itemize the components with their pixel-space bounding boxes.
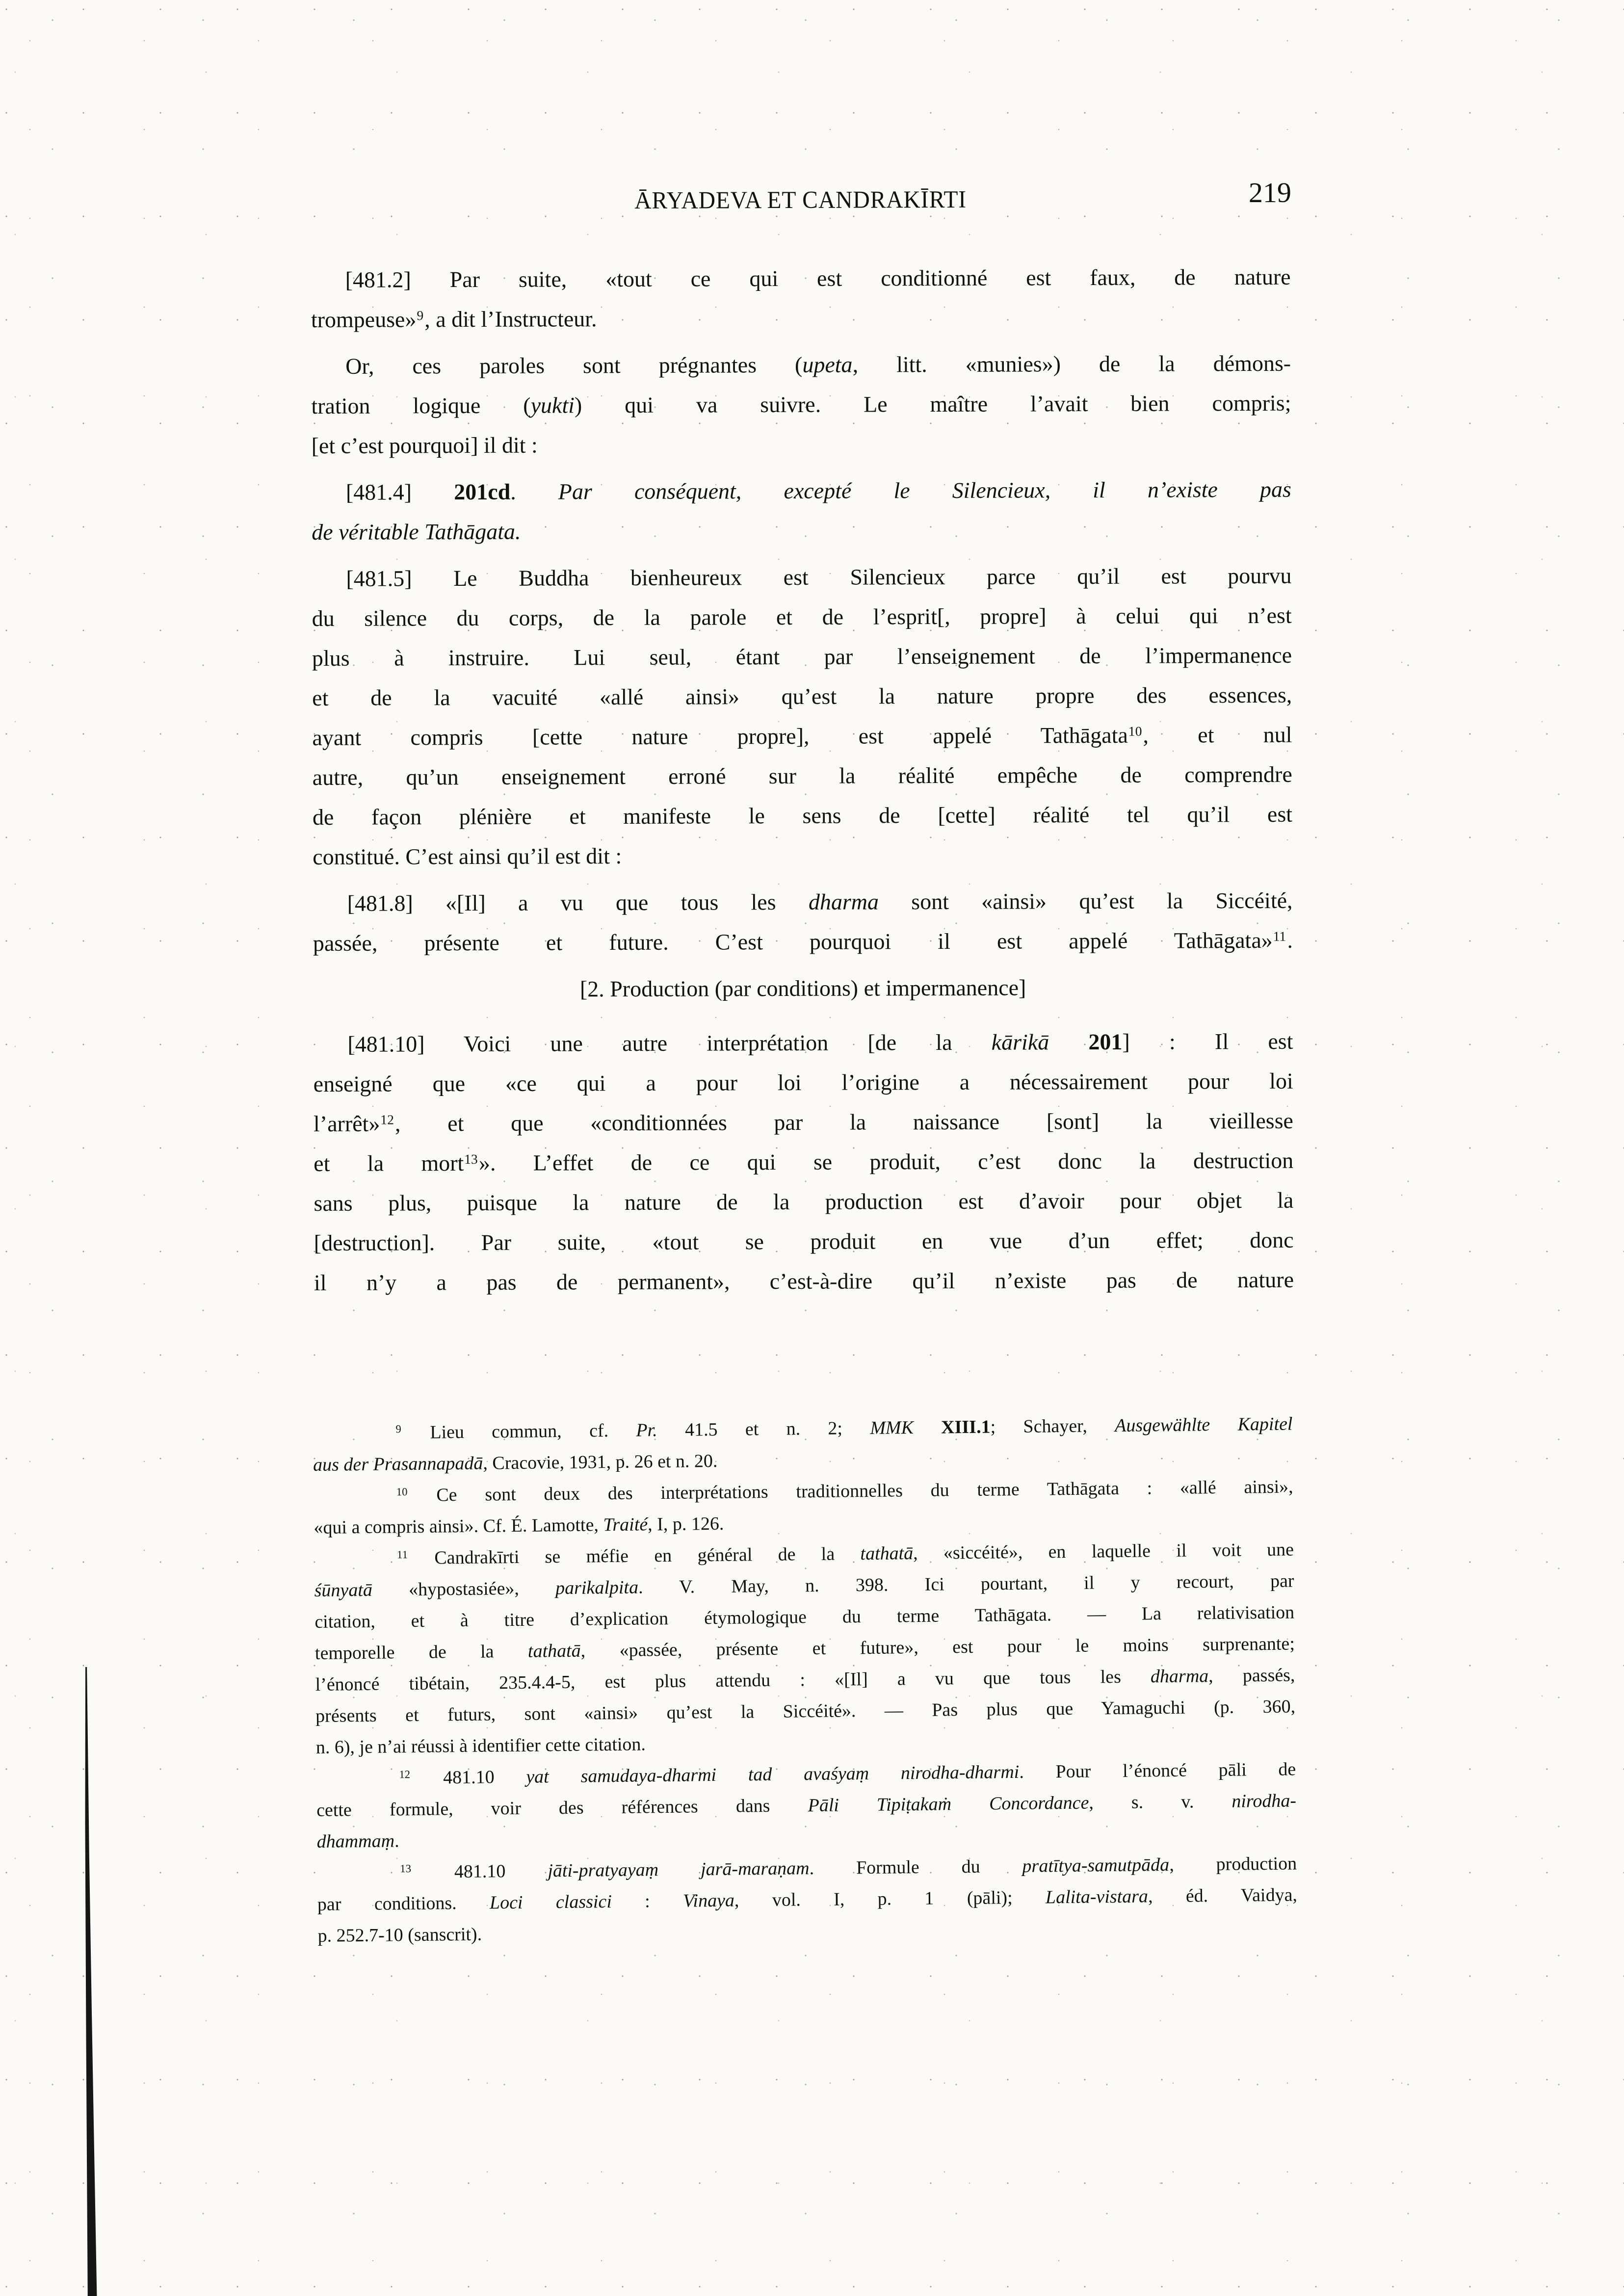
footnotes: 9 Lieu commun, cf. Pr. 41.5 et n. 2; MMK… bbox=[313, 1408, 1298, 1951]
text-run: «qui a compris ainsi». Cf. É. Lamotte, bbox=[314, 1514, 603, 1538]
text-run: yat samudaya-dharmi tad avaśyaṃ nirodha-… bbox=[526, 1762, 1019, 1787]
text-run: sont «ainsi» qu’est la Siccéité, bbox=[879, 888, 1293, 914]
text-run: «hypostasiée», bbox=[372, 1578, 556, 1600]
text-run: [2. Production (par conditions) et imper… bbox=[580, 975, 1026, 1001]
text-run: , I, p. 126. bbox=[648, 1513, 724, 1535]
text-run: nirodha- bbox=[1231, 1790, 1296, 1811]
text-run: , a dit l’Instructeur. bbox=[424, 306, 597, 332]
paragraph-481-5: [481.5] Le Buddha bienheureux est Silenc… bbox=[312, 556, 1292, 877]
text-run: cette formule, voir des références dans bbox=[316, 1795, 808, 1821]
text-line: [destruction]. Par suite, «tout se produ… bbox=[314, 1220, 1294, 1263]
text-run: dharma bbox=[809, 889, 879, 914]
text-run: , s. v. bbox=[1089, 1791, 1231, 1813]
text-run: enseigné que «ce qui a pour loi l’origin… bbox=[314, 1069, 1293, 1096]
text-run: [481.4] bbox=[346, 479, 454, 505]
text-run: pratītya-samutpāda bbox=[1022, 1854, 1169, 1877]
text-run: temporelle de la bbox=[315, 1641, 528, 1664]
text-run: Traité bbox=[603, 1514, 648, 1535]
text-line: et de la vacuité «allé ainsi» qu’est la … bbox=[312, 675, 1292, 718]
footnote-ref: 9 bbox=[354, 1429, 402, 1430]
text-run: 201 bbox=[1088, 1029, 1122, 1054]
text-line: sans plus, puisque la nature de la produ… bbox=[314, 1180, 1293, 1223]
text-line: il n’y a pas de permanent», c’est-à-dire… bbox=[314, 1260, 1294, 1303]
text-run: Loci classici bbox=[490, 1891, 612, 1913]
paragraph-481-4: [481.4] 201cd. Par conséquent, excepté l… bbox=[312, 470, 1291, 552]
text-run: . bbox=[510, 479, 558, 504]
text-run: l’énoncé tibétain, 235.4.4-5, est plus a… bbox=[315, 1666, 1151, 1695]
text-run: ». L’effet de ce qui se produit, c’est d… bbox=[479, 1148, 1294, 1175]
paragraph-481-8: [481.8] «[Il] a vu que tous les dharma s… bbox=[313, 881, 1292, 963]
text-run: , passés, bbox=[1208, 1665, 1295, 1686]
text-run: , vol. I, p. 1 (pāli); bbox=[734, 1887, 1046, 1910]
text-run: autre, qu’un enseignement erroné sur la … bbox=[313, 762, 1292, 790]
footnote-9: 9 Lieu commun, cf. Pr. 41.5 et n. 2; MMK… bbox=[313, 1408, 1293, 1481]
footnote-ref: 10 bbox=[355, 1492, 409, 1492]
page-header: ĀRYADEVA ET CANDRAKĪRTI 219 bbox=[311, 184, 1290, 222]
footnote-ref: 12 bbox=[357, 1774, 411, 1775]
text-line: [481.10] Voici une autre interprétation … bbox=[313, 1021, 1293, 1064]
footnote-13: 13 481.10 jāti-pratyayaṃ jarā-maraṇam. F… bbox=[317, 1848, 1298, 1952]
text-run: trompeuse» bbox=[311, 307, 417, 332]
text-run: 481.10 bbox=[412, 1860, 548, 1882]
text-run: , «passée, présente et future», est pour… bbox=[580, 1633, 1295, 1661]
text-run: XIII.1 bbox=[941, 1417, 991, 1438]
paragraph-481-2: [481.2] Par suite, «tout ce qui est cond… bbox=[311, 257, 1290, 339]
text-run: et de la vacuité «allé ainsi» qu’est la … bbox=[312, 682, 1292, 710]
text-run: Ce sont deux des interprétations traditi… bbox=[408, 1476, 1293, 1506]
text-run: sans plus, puisque la nature de la produ… bbox=[314, 1188, 1293, 1216]
text-line: Or, ces paroles sont prégnantes (upeta, … bbox=[311, 343, 1291, 386]
text-line: [2. Production (par conditions) et imper… bbox=[313, 967, 1293, 1010]
body-text: [481.2] Par suite, «tout ce qui est cond… bbox=[311, 257, 1294, 1303]
text-run: par conditions. bbox=[317, 1893, 490, 1915]
text-run: ; Schayer, bbox=[990, 1415, 1115, 1437]
text-line: [481.5] Le Buddha bienheureux est Silenc… bbox=[312, 556, 1291, 599]
paragraph-or-ces-paroles: Or, ces paroles sont prégnantes (upeta, … bbox=[311, 343, 1291, 466]
text-run: p. 252.7-10 (sanscrit). bbox=[317, 1924, 482, 1946]
text-line: l’arrêt»12, et que «conditionnées par la… bbox=[314, 1101, 1293, 1144]
text-run: [481.5] Le Buddha bienheureux est Silenc… bbox=[346, 563, 1291, 591]
footnote-11: 11 Candrakīrti se méfie en général de la… bbox=[314, 1534, 1296, 1763]
text-run: . Pour l’énoncé pāli de bbox=[1019, 1759, 1296, 1782]
text-run: tration logique ( bbox=[311, 393, 530, 418]
text-run bbox=[1049, 1029, 1088, 1054]
text-run: yukti bbox=[531, 392, 575, 417]
text-line: enseigné que «ce qui a pour loi l’origin… bbox=[314, 1061, 1293, 1104]
footnote-ref: 13 bbox=[358, 1869, 412, 1869]
text-line: [481.8] «[Il] a vu que tous les dharma s… bbox=[313, 881, 1292, 923]
text-run: Par conséquent, excepté le Silencieux, i… bbox=[558, 477, 1291, 504]
page-number: 219 bbox=[1249, 179, 1291, 207]
text-run: ) qui va suivre. Le maître l’avait bien … bbox=[575, 391, 1291, 418]
text-run: 201cd bbox=[454, 479, 510, 504]
text-line: ayant compris [cette nature propre], est… bbox=[312, 715, 1292, 757]
text-run: dharma bbox=[1151, 1666, 1209, 1687]
text-run: aus der Prasannapadā bbox=[313, 1453, 483, 1475]
text-run: . Formule du bbox=[809, 1856, 1022, 1879]
text-run: plus à instruire. Lui seul, étant par l’… bbox=[312, 643, 1292, 671]
text-run: de façon plénière et manifeste le sens d… bbox=[313, 802, 1292, 830]
text-run: MMK bbox=[870, 1417, 914, 1438]
text-run: [destruction]. Par suite, «tout se produ… bbox=[314, 1227, 1294, 1255]
footnote-ref: 11 bbox=[355, 1555, 409, 1555]
text-run: constitué. C’est ainsi qu’il est dit : bbox=[313, 843, 622, 869]
text-run: , éd. Vaidya, bbox=[1148, 1884, 1297, 1906]
text-line: constitué. C’est ainsi qu’il est dit : bbox=[313, 834, 1292, 877]
text-run: tathatā bbox=[528, 1641, 581, 1662]
footnote-10: 10 Ce sont deux des interprétations trad… bbox=[314, 1471, 1294, 1543]
text-line: passée, présente et future. C’est pourqu… bbox=[313, 920, 1293, 963]
text-run: n. 6), je n’ai réussi à identifier cette… bbox=[316, 1734, 646, 1758]
text-run: de véritable Tathāgata. bbox=[312, 519, 521, 545]
text-line: de véritable Tathāgata. bbox=[312, 509, 1291, 552]
text-run: citation, et à titre d’explication étymo… bbox=[314, 1602, 1294, 1632]
text-run: ayant compris [cette nature propre], est… bbox=[312, 723, 1127, 750]
text-line: [et c’est pourquoi] il dit : bbox=[312, 423, 1291, 466]
text-run: . bbox=[394, 1830, 399, 1851]
text-line: du silence du corps, de la parole et de … bbox=[312, 596, 1292, 638]
text-run: Lieu commun, cf. bbox=[402, 1420, 636, 1443]
text-run: Pr. bbox=[636, 1420, 657, 1440]
scan-artifact-line bbox=[79, 1667, 104, 2296]
text-run: , production bbox=[1169, 1853, 1297, 1875]
text-run: [481.10] Voici une autre interprétation … bbox=[347, 1030, 991, 1057]
text-run: , «siccéité», en laquelle il voit une bbox=[913, 1539, 1294, 1564]
text-run: , et nul bbox=[1143, 722, 1292, 748]
text-run: . bbox=[1287, 928, 1293, 953]
text-run: , litt. «munies») de la démons- bbox=[852, 351, 1291, 377]
text-run: . V. May, n. 398. Ici pourtant, il y rec… bbox=[638, 1570, 1294, 1597]
text-run: 481.10 bbox=[411, 1767, 526, 1788]
text-run: jāti-pratyayaṃ jarā-maraṇam bbox=[548, 1858, 810, 1881]
text-run: parikalpita bbox=[555, 1577, 638, 1599]
text-run: Lalita-vistara bbox=[1046, 1886, 1148, 1907]
text-run: du silence du corps, de la parole et de … bbox=[312, 603, 1292, 631]
text-run: passée, présente et future. C’est pourqu… bbox=[313, 928, 1273, 956]
text-run: kārikā bbox=[992, 1029, 1049, 1054]
text-line: [481.2] Par suite, «tout ce qui est cond… bbox=[311, 257, 1290, 300]
text-run: [et c’est pourquoi] il dit : bbox=[312, 433, 538, 458]
text-run: il n’y a pas de permanent», c’est-à-dire… bbox=[314, 1267, 1294, 1295]
text-run: 41.5 et n. 2; bbox=[657, 1418, 870, 1440]
text-run: , et que «conditionnées par la naissance… bbox=[395, 1108, 1293, 1136]
text-run: [481.8] «[Il] a vu que tous les bbox=[347, 889, 809, 916]
text-line: autre, qu’un enseignement erroné sur la … bbox=[313, 755, 1292, 797]
footnote-12: 12 481.10 yat samudaya-dharmi tad avaśya… bbox=[316, 1753, 1297, 1857]
text-run: ] : Il est bbox=[1122, 1029, 1293, 1054]
text-line: [481.4] 201cd. Par conséquent, excepté l… bbox=[312, 470, 1291, 512]
scanned-book-page: ĀRYADEVA ET CANDRAKĪRTI 219 [481.2] Par … bbox=[0, 0, 1624, 2296]
text-run: présents et futurs, sont «ainsi» qu’est … bbox=[315, 1696, 1295, 1726]
text-run: : bbox=[612, 1891, 683, 1912]
section-heading-2-production: [2. Production (par conditions) et imper… bbox=[313, 967, 1293, 1010]
text-run bbox=[914, 1417, 942, 1438]
text-run: dhammaṃ bbox=[317, 1830, 395, 1852]
paragraph-481-10: [481.10] Voici une autre interprétation … bbox=[313, 1021, 1294, 1303]
running-title: ĀRYADEVA ET CANDRAKĪRTI bbox=[335, 184, 1266, 215]
text-run: Ausgewählte Kapitel bbox=[1115, 1413, 1293, 1436]
text-line: tration logique (yukti) qui va suivre. L… bbox=[311, 383, 1291, 426]
text-line: plus à instruire. Lui seul, étant par l’… bbox=[312, 635, 1292, 678]
text-block: ĀRYADEVA ET CANDRAKĪRTI 219 [481.2] Par … bbox=[311, 184, 1290, 222]
text-line: trompeuse»9, a dit l’Instructeur. bbox=[311, 297, 1291, 339]
text-run: Candrakīrti se méfie en général de la bbox=[409, 1543, 861, 1568]
text-run: śūnyatā bbox=[314, 1580, 373, 1601]
text-run: et la mort bbox=[314, 1150, 464, 1176]
text-run: Vinaya bbox=[683, 1890, 734, 1911]
text-run: [481.2] Par suite, «tout ce qui est cond… bbox=[345, 264, 1291, 292]
text-line: et la mort13». L’effet de ce qui se prod… bbox=[314, 1141, 1293, 1183]
text-line: de façon plénière et manifeste le sens d… bbox=[313, 794, 1292, 837]
text-run: tathatā bbox=[860, 1543, 913, 1564]
text-run: , Cracovie, 1931, p. 26 et n. 20. bbox=[483, 1451, 717, 1474]
text-run: upeta bbox=[802, 352, 852, 377]
text-run: Or, ces paroles sont prégnantes ( bbox=[345, 352, 802, 379]
text-run: Pāli Tipiṭakaṁ Concordance bbox=[808, 1793, 1089, 1816]
text-run: l’arrêt» bbox=[314, 1111, 380, 1136]
